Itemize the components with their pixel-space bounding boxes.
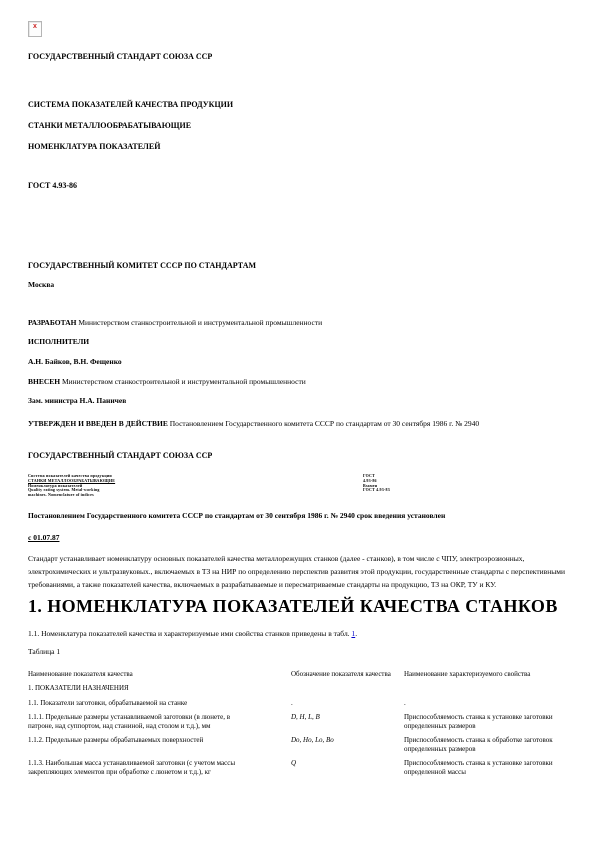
scope-paragraph: Стандарт устанавливает номенклатуру осно… <box>28 552 565 591</box>
standard-info-en-line2: machines. Nomenclature of indices <box>28 493 363 498</box>
table-caption: Таблица 1 <box>28 648 568 656</box>
col-header-property-name: Наименование характеризуемого свойства <box>404 670 568 679</box>
col-header-indicator-symbol: Обозначение показателя качества <box>291 670 404 679</box>
approved-label: УТВЕРЖДЕН И ВВЕДЕН В ДЕЙСТВИЕ <box>28 419 168 428</box>
standard-info-replaces-num: ГОСТ 4.93-83 <box>363 488 390 493</box>
col-header-indicator-name: Наименование показателя качества <box>28 670 253 679</box>
row-property: Приспособляемость станка к установке заг… <box>404 713 568 730</box>
row-indicator: 1.1.1. Предельные размеры устанавливаемо… <box>28 713 253 730</box>
standard-info-right: ГОСТ 4.93-86 Взамен ГОСТ 4.93-83 <box>363 474 390 498</box>
razrabotan-label: РАЗРАБОТАН <box>28 318 76 327</box>
city-line: Москва <box>28 281 568 289</box>
ispolniteli-label: ИСПОЛНИТЕЛИ <box>28 338 568 346</box>
enactment-line: Постановлением Государственного комитета… <box>28 512 568 520</box>
row-indicator: 1.1. Показатели заготовки, обрабатываемо… <box>28 699 253 708</box>
row-symbol: Q <box>291 759 404 776</box>
vnesen-label: ВНЕСЕН <box>28 377 60 386</box>
document-page: x ГОСУДАРСТВЕННЫЙ СТАНДАРТ СОЮЗА ССР СИС… <box>0 0 595 842</box>
gost-number: ГОСТ 4.93-86 <box>28 181 568 190</box>
vnesen-line: ВНЕСЕН Министерством станкостроительной … <box>28 378 568 386</box>
vnesen-text: Министерством станкостроительной и инстр… <box>60 377 306 386</box>
standard-info-block: Система показателей качества продукции С… <box>28 474 568 498</box>
doc-title-repeat: ГОСУДАРСТВЕННЫЙ СТАНДАРТ СОЮЗА ССР <box>28 451 568 460</box>
doc-title-top: ГОСУДАРСТВЕННЫЙ СТАНДАРТ СОЮЗА ССР <box>28 52 568 61</box>
quality-indicators-table: Наименование показателя качества Обознач… <box>28 670 568 777</box>
clause-1-1: 1.1. Номенклатура показателей качества и… <box>28 630 568 638</box>
row-property: Приспособляемость станка к обработке заг… <box>404 736 568 753</box>
executors-line: А.Н. Байков, В.Н. Фещенко <box>28 358 568 366</box>
standard-info-left: Система показателей качества продукции С… <box>28 474 363 498</box>
row-indicator: 1.1.2. Предельные размеры обрабатываемых… <box>28 736 253 753</box>
row-property <box>404 684 568 693</box>
broken-image-icon: x <box>28 21 42 37</box>
section1-heading: 1. НОМЕНКЛАТУРА ПОКАЗАТЕЛЕЙ КАЧЕСТВА СТА… <box>28 597 568 616</box>
deputy-minister-line: Зам. министра Н.А. Паничев <box>28 397 568 405</box>
row-symbol: D, H, L, B <box>291 713 404 730</box>
row-indicator: 1.1.3. Наибольшая масса устанавливаемой … <box>28 759 253 776</box>
row-section-title: 1. ПОКАЗАТЕЛИ НАЗНАЧЕНИЯ <box>28 684 253 693</box>
nomenclature-line: НОМЕНКЛАТУРА ПОКАЗАТЕЛЕЙ <box>28 142 568 151</box>
row-property: . <box>404 699 568 708</box>
system-line: СИСТЕМА ПОКАЗАТЕЛЕЙ КАЧЕСТВА ПРОДУКЦИИ <box>28 100 568 109</box>
clause-1-1-period: . <box>355 629 357 638</box>
row-property: Приспособляемость станка к установке заг… <box>404 759 568 776</box>
razrabotan-line: РАЗРАБОТАН Министерством станкостроитель… <box>28 319 568 327</box>
enactment-date-link[interactable]: с 01.07.87 <box>28 533 59 542</box>
approved-line: УТВЕРЖДЕН И ВВЕДЕН В ДЕЙСТВИЕ Постановле… <box>28 417 568 430</box>
row-symbol <box>291 684 404 693</box>
razrabotan-text: Министерством станкостроительной и инстр… <box>76 318 322 327</box>
machines-line: СТАНКИ МЕТАЛЛООБРАБАТЫВАЮЩИЕ <box>28 121 568 130</box>
clause-1-1-text: 1.1. Номенклатура показателей качества и… <box>28 629 351 638</box>
committee-line: ГОСУДАРСТВЕННЫЙ КОМИТЕТ СССР ПО СТАНДАРТ… <box>28 261 568 270</box>
row-symbol: . <box>291 699 404 708</box>
row-symbol: Dо, Hо, Lо, Bо <box>291 736 404 753</box>
approved-text: Постановлением Государственного комитета… <box>168 419 479 428</box>
